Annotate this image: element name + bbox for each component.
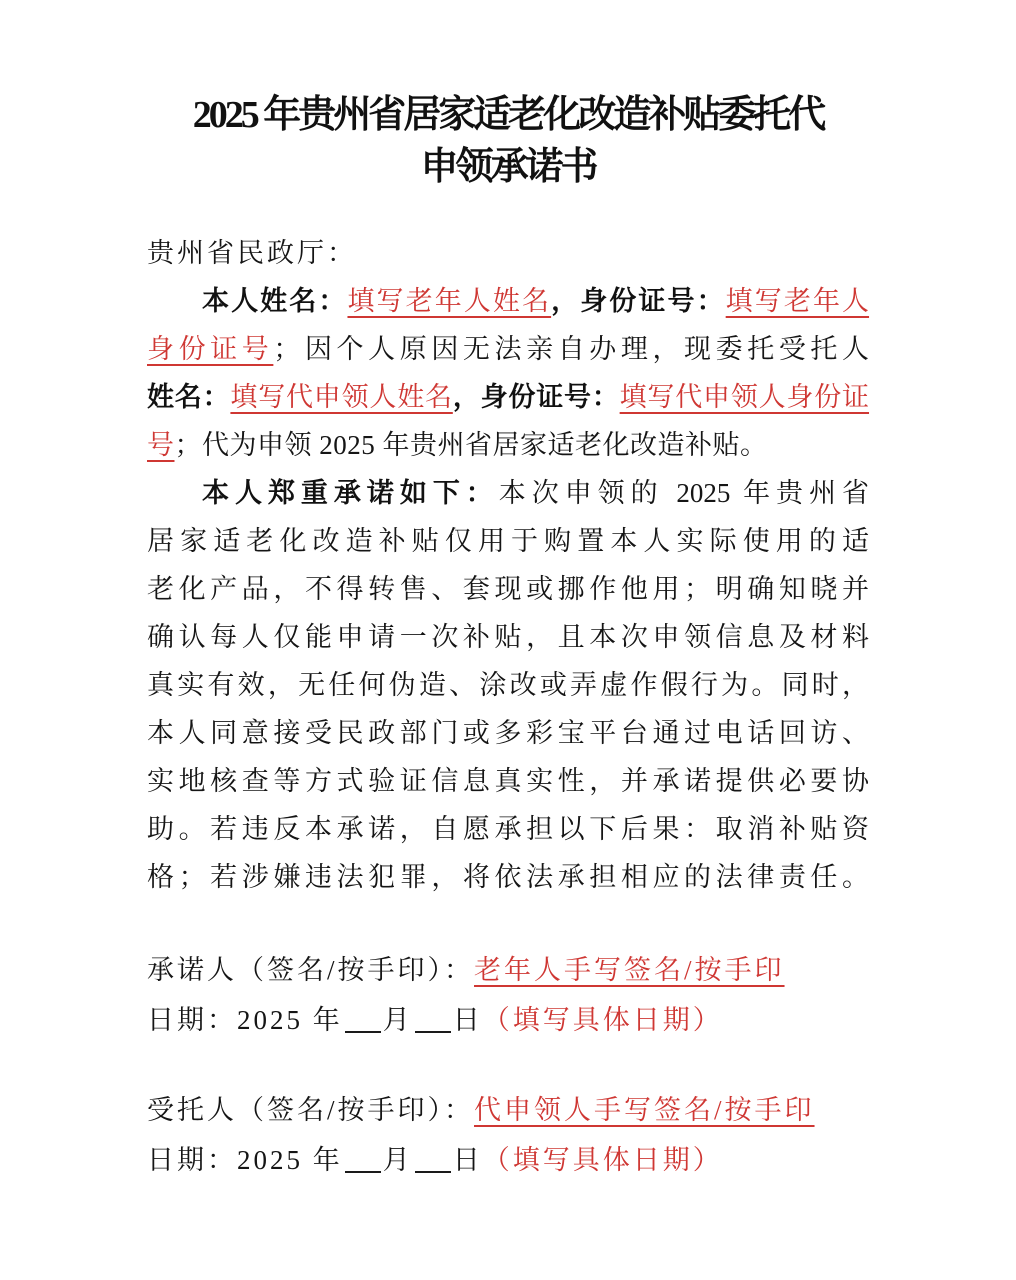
document-title-line1: 2025 年贵州省居家适老化改造补贴委托代: [0, 89, 1016, 141]
date-prefix: 日期：2025 年: [147, 1145, 343, 1175]
text-segment: 居家适老化改造补贴仅用于购置本人实际使用的适: [147, 526, 869, 556]
salutation-line: 贵州省民政厅：: [147, 229, 869, 277]
trustee-signature-line: 受托人（签名/按手印）：代申领人手写签名/按手印: [147, 1085, 869, 1135]
body-line: 本人郑重承诺如下：本次申领的 2025 年贵州省: [147, 469, 869, 517]
label-promisor-signature: 承诺人（签名/按手印）：: [147, 955, 474, 985]
promisor-date-line: 日期：2025 年月日（填写具体日期）: [147, 995, 869, 1045]
text-segment: 格；若涉嫌违法犯罪，将依法承担相应的法律责任。: [147, 862, 869, 892]
body-line: 本人姓名：填写老年人姓名，身份证号：填写老年人: [147, 277, 869, 325]
date-prefix: 日期：2025 年: [147, 1005, 343, 1035]
text-segment: 日: [453, 1145, 483, 1175]
trustee-date-line: 日期：2025 年月日（填写具体日期）: [147, 1135, 869, 1185]
fill-in-trustee-signature: 代申领人手写签名/按手印: [474, 1095, 815, 1125]
document-body: 贵州省民政厅：本人姓名：填写老年人姓名，身份证号：填写老年人身份证号；因个人原因…: [147, 229, 869, 1185]
promisor-signature-line: 承诺人（签名/按手印）：老年人手写签名/按手印: [147, 945, 869, 995]
fill-in-agent-id-part1: 填写代申领人身份证: [620, 382, 869, 412]
body-line: 身份证号；因个人原因无法亲自办理，现委托受托人: [147, 325, 869, 373]
salutation-text: 贵州省民政厅：: [147, 238, 357, 268]
text-segment: ，: [551, 286, 580, 316]
text-segment: ；代为申领 2025 年贵州省居家适老化改造补贴。: [175, 430, 768, 460]
fill-in-elder-id-part1: 填写老年人: [726, 286, 869, 316]
date-note: （填写具体日期）: [483, 1005, 723, 1035]
fill-in-elder-name: 填写老年人姓名: [347, 286, 551, 316]
text-segment: 本次申领的 2025 年贵州省: [499, 478, 869, 508]
text-segment: 老化产品，不得转售、套现或挪作他用；明确知晓并: [147, 574, 869, 604]
label-trustee-signature: 受托人（签名/按手印）：: [147, 1095, 474, 1125]
label-principal-id: 身份证号：: [580, 286, 725, 316]
body-line: 本人同意接受民政部门或多彩宝平台通过电话回访、: [147, 709, 869, 757]
body-line: 确认每人仅能申请一次补贴，且本次申领信息及材料: [147, 613, 869, 661]
fill-in-agent-name: 填写代申领人姓名: [230, 382, 452, 412]
fill-in-promisor-signature: 老年人手写签名/按手印: [474, 955, 785, 985]
month-blank-field: [345, 1031, 381, 1034]
text-segment: 月: [383, 1145, 413, 1175]
text-segment: 实地核查等方式验证信息真实性，并承诺提供必要协: [147, 766, 869, 796]
text-segment: 日: [453, 1005, 483, 1035]
label-commitment: 本人郑重承诺如下：: [202, 478, 499, 508]
document-title: 2025 年贵州省居家适老化改造补贴委托代 申领承诺书: [0, 89, 1016, 193]
fill-in-elder-id-part2: 身份证号: [147, 334, 273, 364]
text-segment: 真实有效，无任何伪造、涂改或弄虚作假行为。同时，: [147, 670, 869, 700]
body-line: 格；若涉嫌违法犯罪，将依法承担相应的法律责任。: [147, 853, 869, 901]
text-segment: 助。若违反本承诺，自愿承担以下后果：取消补贴资: [147, 814, 869, 844]
text-segment: ；因个人原因无法亲自办理，现委托受托人: [273, 334, 869, 364]
body-line: 实地核查等方式验证信息真实性，并承诺提供必要协: [147, 757, 869, 805]
text-segment: 确认每人仅能申请一次补贴，且本次申领信息及材料: [147, 622, 869, 652]
label-principal-name: 本人姓名：: [202, 286, 347, 316]
date-note: （填写具体日期）: [483, 1145, 723, 1175]
text-segment: 本人同意接受民政部门或多彩宝平台通过电话回访、: [147, 718, 869, 748]
body-line: 真实有效，无任何伪造、涂改或弄虚作假行为。同时，: [147, 661, 869, 709]
fill-in-agent-id-part2: 号: [147, 430, 175, 460]
month-blank-field: [345, 1171, 381, 1174]
document-title-line2: 申领承诺书: [0, 141, 1016, 193]
document-page: 2025 年贵州省居家适老化改造补贴委托代 申领承诺书 贵州省民政厅：本人姓名：…: [0, 0, 1016, 1280]
day-blank-field: [415, 1031, 451, 1034]
text-segment: 月: [383, 1005, 413, 1035]
label-trustee-id: 身份证号：: [481, 382, 620, 412]
label-trustee-name: 姓名：: [147, 382, 230, 412]
text-segment: ，: [453, 382, 481, 412]
body-line: 姓名：填写代申领人姓名，身份证号：填写代申领人身份证: [147, 373, 869, 421]
body-line: 助。若违反本承诺，自愿承担以下后果：取消补贴资: [147, 805, 869, 853]
body-line: 号；代为申领 2025 年贵州省居家适老化改造补贴。: [147, 421, 869, 469]
body-line: 居家适老化改造补贴仅用于购置本人实际使用的适: [147, 517, 869, 565]
body-line: 老化产品，不得转售、套现或挪作他用；明确知晓并: [147, 565, 869, 613]
day-blank-field: [415, 1171, 451, 1174]
